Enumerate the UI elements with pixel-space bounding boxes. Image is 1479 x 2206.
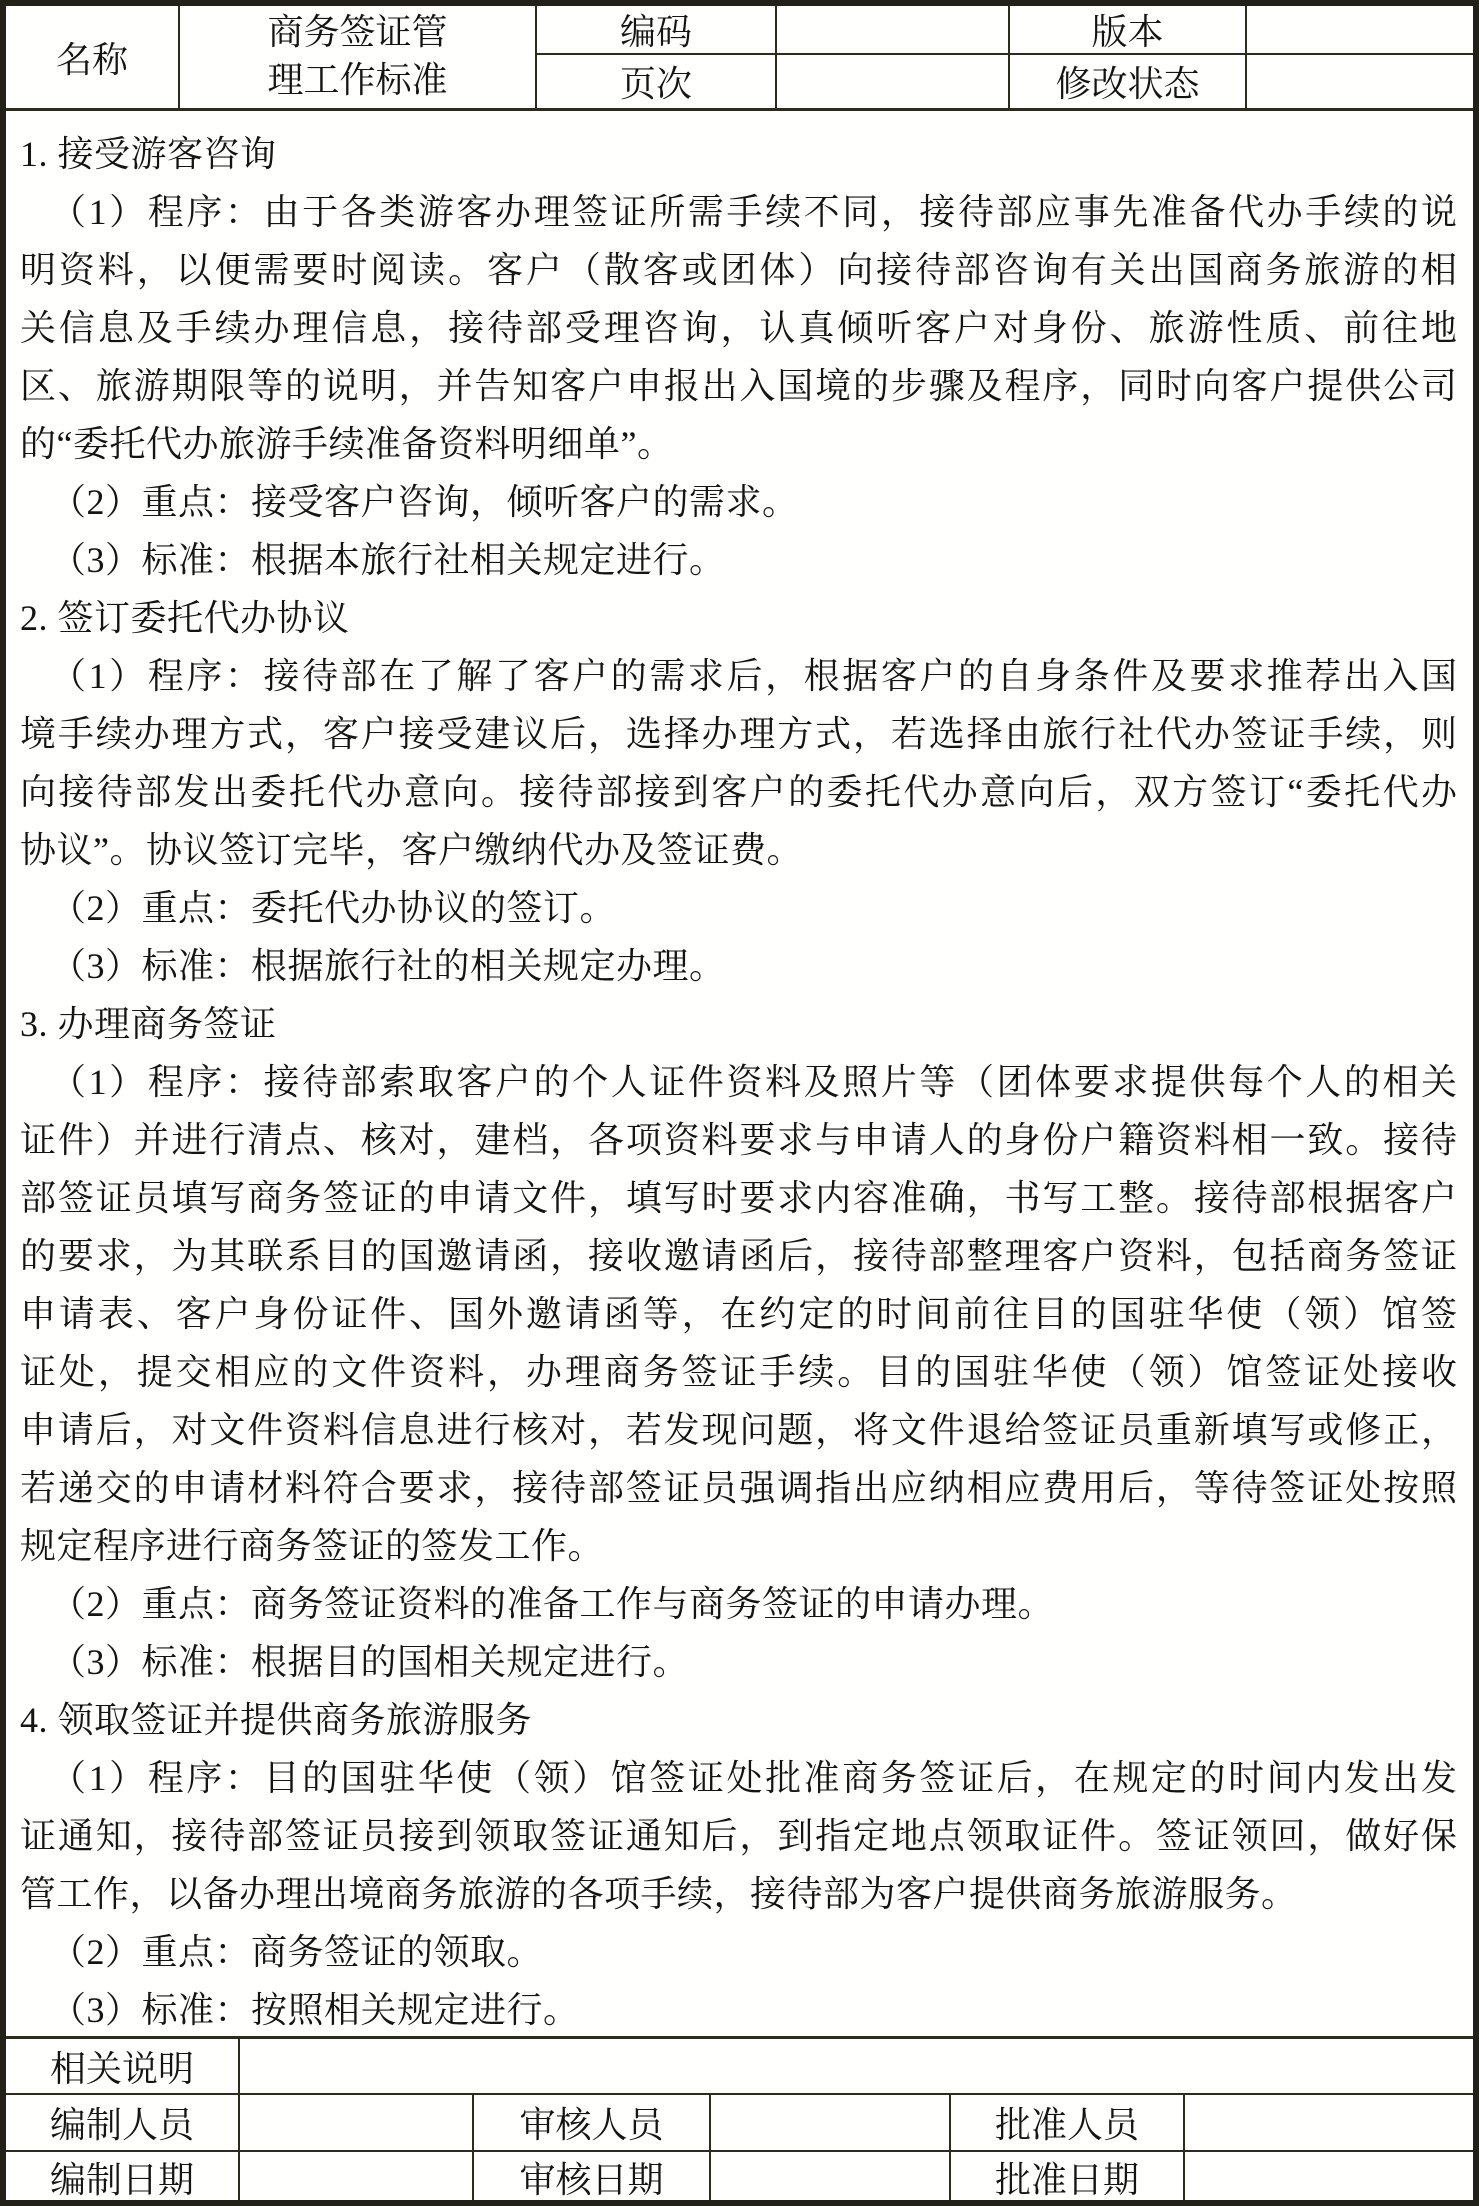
body-line-heading: 1. 接受游客咨询 — [20, 125, 1457, 183]
prepared-by-value-cell — [240, 2095, 474, 2150]
body-line: 的要求，为其联系目的国邀请函，接收邀请函后，接待部整理客户资料，包括商务签证 — [20, 1227, 1457, 1285]
body-line: 的“委托代办旅游手续准备资料明细单”。 — [20, 415, 1457, 473]
body-line: （1）程序：接待部在了解了客户的需求后，根据客户的自身条件及要求推荐出入国 — [20, 647, 1457, 705]
body-line: （2）重点：商务签证的领取。 — [20, 1923, 1457, 1981]
revision-label-cell: 修改状态 — [1010, 55, 1247, 108]
body-line: （2）重点：委托代办协议的签订。 — [20, 879, 1457, 937]
reviewed-date-label-cell: 审核日期 — [474, 2152, 711, 2203]
body-line: 证通知，接待部签证员接到领取签证通知后，到指定地点领取证件。签证领回，做好保 — [20, 1807, 1457, 1865]
reviewed-by-label-cell: 审核人员 — [474, 2095, 711, 2150]
approved-date-value-cell — [1185, 2152, 1473, 2203]
doc-title-line1: 商务签证管 — [268, 9, 448, 57]
page-value-cell — [777, 55, 1010, 108]
body-line: （1）程序：由于各类游客办理签证所需手续不同，接待部应事先准备代办手续的说 — [20, 183, 1457, 241]
body-line-heading: 2. 签订委托代办协议 — [20, 589, 1457, 647]
body-line: 证处，提交相应的文件资料，办理商务签证手续。目的国驻华使（领）馆签证处接收 — [20, 1343, 1457, 1401]
reviewed-by-value-cell — [711, 2095, 951, 2150]
body-line: 区、旅游期限等的说明，并告知客户申报出入国境的步骤及程序，同时向客户提供公司 — [20, 357, 1457, 415]
signature-row-dates: 编制日期 审核日期 批准日期 — [6, 2150, 1473, 2200]
body-line: 境手续办理方式，客户接受建议后，选择办理方式，若选择由旅行社代办签证手续，则 — [20, 705, 1457, 763]
body-line: （3）标准：根据旅行社的相关规定办理。 — [20, 937, 1457, 995]
body-line: 部签证员填写商务签证的申请文件，填写时要求内容准确，书写工整。接待部根据客户 — [20, 1169, 1457, 1227]
body-line: （1）程序：目的国驻华使（领）馆签证处批准商务签证后，在规定的时间内发出发 — [20, 1749, 1457, 1807]
doc-body: 1. 接受游客咨询 （1）程序：由于各类游客办理签证所需手续不同，接待部应事先准… — [6, 111, 1473, 2036]
approved-date-label-cell: 批准日期 — [951, 2152, 1185, 2203]
prepared-by-label-cell: 编制人员 — [6, 2095, 240, 2150]
body-line: 申请后，对文件资料信息进行核对，若发现问题，将文件退给签证员重新填写或修正， — [20, 1401, 1457, 1459]
notes-value-cell — [240, 2039, 1473, 2093]
code-label-cell: 编码 — [537, 6, 777, 55]
prepared-date-label-cell: 编制日期 — [6, 2152, 240, 2203]
doc-header-table: 名称 商务签证管 理工作标准 编码 版本 页次 修改状态 — [6, 6, 1473, 111]
name-label-cell: 名称 — [6, 6, 180, 108]
document-page: 名称 商务签证管 理工作标准 编码 版本 页次 修改状态 1. 接受游客咨询 （… — [0, 0, 1479, 2206]
body-line: （2）重点：商务签证资料的准备工作与商务签证的申请办理。 — [20, 1575, 1457, 1633]
version-value-cell — [1247, 6, 1473, 55]
page-label-cell: 页次 — [537, 55, 777, 108]
body-line: 协议”。协议签订完毕，客户缴纳代办及签证费。 — [20, 821, 1457, 879]
reviewed-date-value-cell — [711, 2152, 951, 2203]
body-line: （3）标准：根据本旅行社相关规定进行。 — [20, 531, 1457, 589]
notes-label-cell: 相关说明 — [6, 2039, 240, 2093]
body-line: 证件）并进行清点、核对，建档，各项资料要求与申请人的身份户籍资料相一致。接待 — [20, 1111, 1457, 1169]
body-line: 明资料，以便需要时阅读。客户（散客或团体）向接待部咨询有关出国商务旅游的相 — [20, 241, 1457, 299]
revision-value-cell — [1247, 55, 1473, 108]
body-line: （3）标准：按照相关规定进行。 — [20, 1981, 1457, 2036]
signature-row-personnel: 编制人员 审核人员 批准人员 — [6, 2093, 1473, 2150]
body-line: 规定程序进行商务签证的签发工作。 — [20, 1517, 1457, 1575]
body-line-heading: 3. 办理商务签证 — [20, 995, 1457, 1053]
prepared-date-value-cell — [240, 2152, 474, 2203]
doc-title-cell: 商务签证管 理工作标准 — [180, 6, 537, 108]
approved-by-value-cell — [1185, 2095, 1473, 2150]
body-line: 向接待部发出委托代办意向。接待部接到客户的委托代办意向后，双方签订“委托代办 — [20, 763, 1457, 821]
approved-by-label-cell: 批准人员 — [951, 2095, 1185, 2150]
code-value-cell — [777, 6, 1010, 55]
version-label-cell: 版本 — [1010, 6, 1247, 55]
body-line: （3）标准：根据目的国相关规定进行。 — [20, 1633, 1457, 1691]
body-line: 若递交的申请材料符合要求，接待部签证员强调指出应纳相应费用后，等待签证处按照 — [20, 1459, 1457, 1517]
body-line-heading: 4. 领取签证并提供商务旅游服务 — [20, 1691, 1457, 1749]
notes-row: 相关说明 — [6, 2036, 1473, 2093]
body-line: 申请表、客户身份证件、国外邀请函等，在约定的时间前往目的国驻华使（领）馆签 — [20, 1285, 1457, 1343]
body-line: （1）程序：接待部索取客户的个人证件资料及照片等（团体要求提供每个人的相关 — [20, 1053, 1457, 1111]
body-line: 管工作，以备办理出境商务旅游的各项手续，接待部为客户提供商务旅游服务。 — [20, 1865, 1457, 1923]
body-line: 关信息及手续办理信息，接待部受理咨询，认真倾听客户对身份、旅游性质、前往地 — [20, 299, 1457, 357]
doc-title-line2: 理工作标准 — [268, 57, 448, 105]
body-line: （2）重点：接受客户咨询，倾听客户的需求。 — [20, 473, 1457, 531]
